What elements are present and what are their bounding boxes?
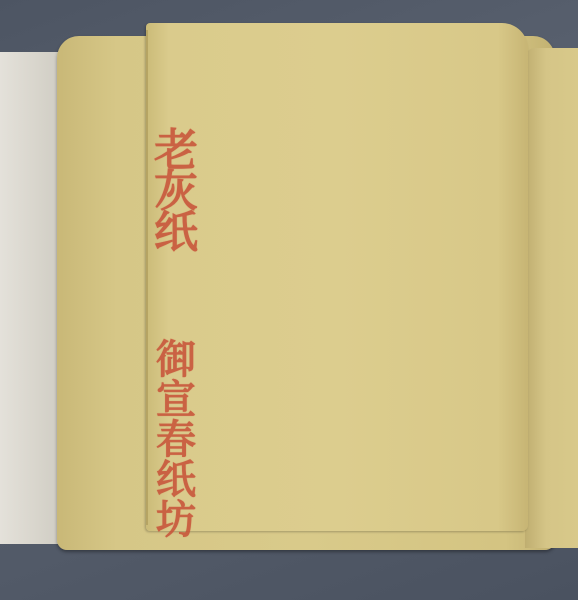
stamp-char: 坊 [156, 500, 196, 540]
stamp-char: 纸 [154, 212, 198, 253]
stamp-product-name: 老 灰 纸 [146, 130, 206, 253]
stamp-char: 纸 [156, 460, 196, 500]
white-paper-sheet [0, 52, 62, 544]
stamp-char: 宣 [156, 380, 196, 420]
stamp-char: 春 [156, 420, 196, 460]
stamp-maker-name: 御 宣 春 纸 坊 [146, 340, 206, 540]
right-paper-roll [525, 48, 578, 548]
stamp-char: 老 [154, 130, 198, 171]
stamp-char: 灰 [154, 171, 198, 212]
stamp-char: 御 [156, 340, 196, 380]
